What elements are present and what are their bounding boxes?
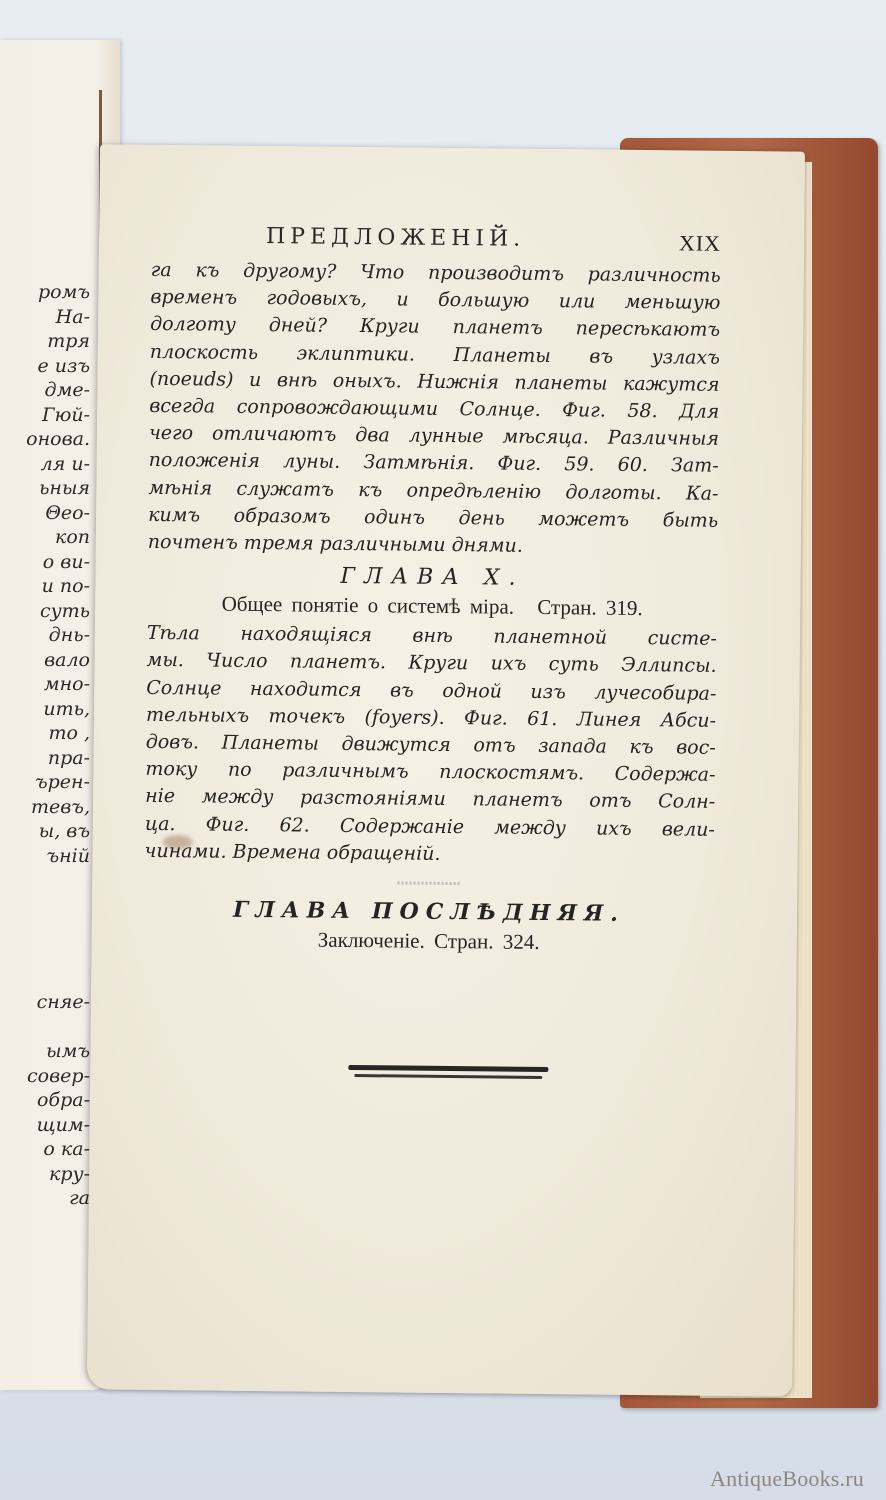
left-text-fragment: суть <box>0 599 90 624</box>
watermark: AntiqueBooks.ru <box>710 1466 864 1492</box>
page-text-block: ПРЕДЛОЖЕНІЙ. XIX га къ другому? Что прои… <box>144 223 722 957</box>
chapter-x-page-ref: Стран. 319. <box>537 595 643 620</box>
left-text-fragment: На- <box>0 305 90 330</box>
left-text-fragment: сняе- <box>0 990 90 1015</box>
right-page: ПРЕДЛОЖЕНІЙ. XIX га къ другому? Что прои… <box>87 144 805 1396</box>
left-text-fragment: е изъ <box>0 354 90 379</box>
left-text-fragment: вало <box>0 648 90 673</box>
left-text-fragment: ымъ <box>0 1039 90 1064</box>
final-chapter-subtitle: Заключеніе. <box>318 928 425 953</box>
running-head: ПРЕДЛОЖЕНІЙ. XIX <box>151 223 721 259</box>
final-chapter-heading: ГЛАВА ПОСЛѢДНЯЯ. <box>144 896 714 928</box>
left-text-fragment: Гюй- <box>0 403 90 428</box>
left-text-fragment: кру- <box>0 1162 90 1187</box>
left-text-fragment: ромъ <box>0 280 90 305</box>
running-head-title: ПРЕДЛОЖЕНІЙ. <box>266 224 525 252</box>
left-text-fragment: тевъ, <box>0 795 90 820</box>
chapter-x-subtitle-line: Общее понятіе о системѣ міра. Стран. 319… <box>147 591 717 622</box>
left-text-fragment: о ви- <box>0 550 90 575</box>
end-ornament-rule <box>348 1065 548 1079</box>
left-text-fragment: днь- <box>0 623 90 648</box>
left-text-fragment: то , <box>0 721 90 746</box>
left-text-fragment: га <box>0 1186 90 1211</box>
left-text-fragment: совер- <box>0 1064 90 1089</box>
left-text-fragment: ы, въ <box>0 819 90 844</box>
left-text-fragment: тря <box>0 329 90 354</box>
left-text-fragment: о ка- <box>0 1137 90 1162</box>
paragraph-chapter-ix-summary: га къ другому? Что производитъ различнос… <box>148 257 721 562</box>
photo-scene: ромъНа-тряе изъдме-Гюй-онова.ля и-ьныяΘе… <box>0 0 886 1500</box>
left-text-fragment: щим- <box>0 1113 90 1138</box>
section-divider <box>397 882 461 886</box>
final-chapter-subtitle-line: Заключеніе. Стран. 324. <box>144 926 714 957</box>
left-text-fragment: ля и- <box>0 452 90 477</box>
left-text-fragment <box>0 1015 90 1040</box>
left-text-fragment: ърен- <box>0 770 90 795</box>
left-text-fragment: онова. <box>0 427 90 452</box>
chapter-x-heading: ГЛАВА X. <box>147 562 717 593</box>
left-text-fragment: мно- <box>0 672 90 697</box>
left-text-fragment: пра- <box>0 746 90 771</box>
left-page-text-lower: сняе- ымъсовер-обра-щим-о ка-кру-га <box>0 990 90 1211</box>
left-text-fragment: ъній <box>0 844 90 869</box>
left-page-text-upper: ромъНа-тряе изъдме-Гюй-онова.ля и-ьныяΘе… <box>0 280 90 868</box>
chapter-x-subtitle: Общее понятіе о системѣ міра. <box>222 592 515 619</box>
left-text-fragment: коп <box>0 525 90 550</box>
left-text-fragment: и по- <box>0 574 90 599</box>
left-text-fragment: Θео- <box>0 501 90 526</box>
left-text-fragment: ить, <box>0 697 90 722</box>
left-text-fragment: обра- <box>0 1088 90 1113</box>
page-number: XIX <box>679 230 721 256</box>
final-chapter-page-ref: Стран. 324. <box>434 929 540 954</box>
rule-thin <box>354 1074 542 1079</box>
left-text-fragment: дме- <box>0 378 90 403</box>
left-text-fragment: ьныя <box>0 476 90 501</box>
rule-thick <box>348 1065 548 1072</box>
paragraph-chapter-x-summary: Тѣла находящіяся внѣ планетной систе-мы.… <box>144 620 717 871</box>
